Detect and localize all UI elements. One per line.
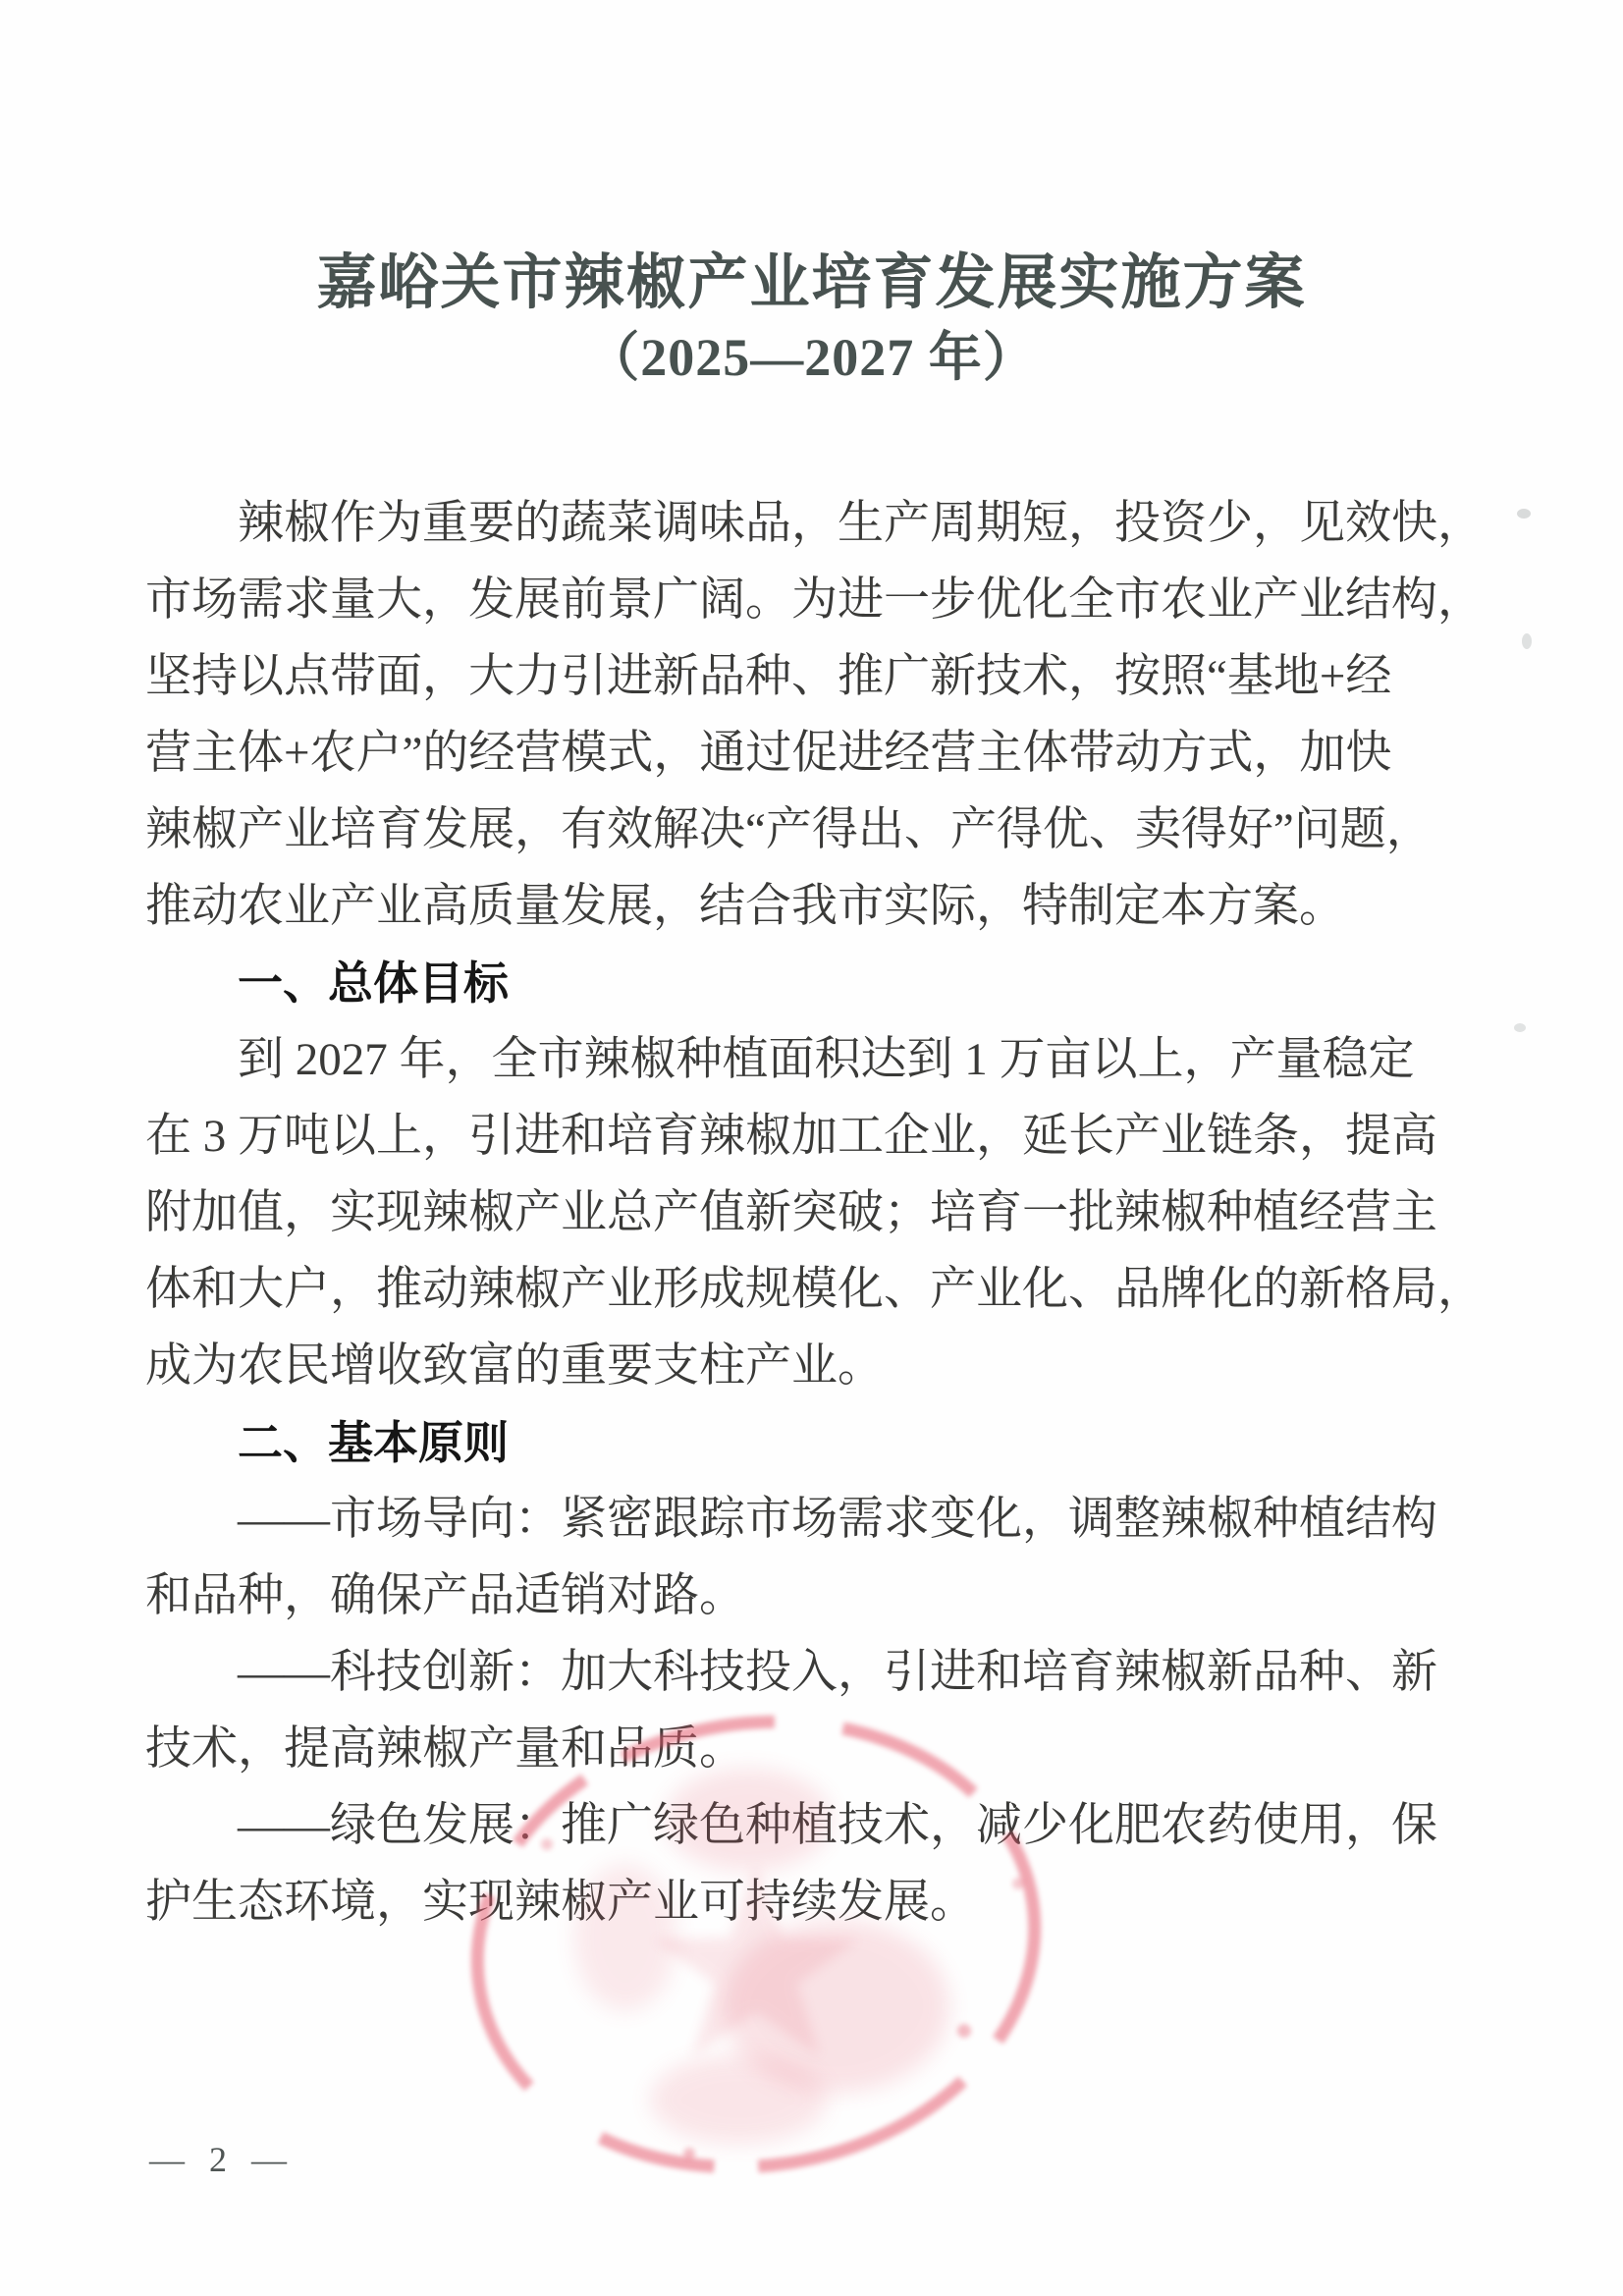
scan-artifact [1517, 509, 1531, 519]
paragraph-line: 护生态环境，实现辣椒产业可持续发展。 [145, 1864, 1490, 1941]
paragraph-line: 辣椒作为重要的蔬菜调味品，生产周期短，投资少，见效快， [145, 485, 1490, 562]
paragraph-line: 附加值，实现辣椒产业总产值新突破；培育一批辣椒种植经营主 [145, 1175, 1490, 1251]
paragraph-line: ——市场导向：紧密跟踪市场需求变化，调整辣椒种植结构 [145, 1481, 1490, 1558]
paragraph-line: 在 3 万吨以上，引进和培育辣椒加工企业，延长产业链条，提高 [145, 1098, 1490, 1175]
paragraph-line: 技术，提高辣椒产量和品质。 [145, 1711, 1490, 1787]
document-page: 嘉峪关市辣椒产业培育发展实施方案 （2025—2027 年） 辣椒作为重要的蔬菜… [0, 0, 1623, 2296]
scan-artifact [1514, 1023, 1526, 1032]
paragraph-line: ——绿色发展：推广绿色种植技术，减少化肥农药使用，保 [145, 1787, 1490, 1864]
title-line-2: （2025—2027 年） [0, 326, 1623, 389]
title-line-1: 嘉峪关市辣椒产业培育发展实施方案 [0, 247, 1623, 320]
paragraph-line: 到 2027 年，全市辣椒种植面积达到 1 万亩以上，产量稳定 [145, 1021, 1490, 1098]
document-title: 嘉峪关市辣椒产业培育发展实施方案 （2025—2027 年） [0, 247, 1623, 389]
section-heading-overall-goals: 一、总体目标 [145, 945, 1490, 1021]
scan-artifact [1522, 633, 1532, 649]
paragraph-line: 推动农业产业高质量发展，结合我市实际，特制定本方案。 [145, 868, 1490, 945]
paragraph-line: 市场需求量大，发展前景广阔。为进一步优化全市农业产业结构， [145, 562, 1490, 638]
paragraph-line: 坚持以点带面，大力引进新品种、推广新技术，按照“基地+经 [145, 638, 1490, 715]
paragraph-line: 和品种，确保产品适销对路。 [145, 1558, 1490, 1634]
paragraph-line: 成为农民增收致富的重要支柱产业。 [145, 1328, 1490, 1404]
page-number: — 2 — [149, 2139, 295, 2180]
document-body: 辣椒作为重要的蔬菜调味品，生产周期短，投资少，见效快， 市场需求量大，发展前景广… [145, 485, 1490, 1941]
paragraph-line: 辣椒产业培育发展，有效解决“产得出、产得优、卖得好”问题， [145, 792, 1490, 868]
section-heading-basic-principles: 二、基本原则 [145, 1404, 1490, 1481]
paragraph-line: 体和大户，推动辣椒产业形成规模化、产业化、品牌化的新格局， [145, 1251, 1490, 1328]
paragraph-line: ——科技创新：加大科技投入，引进和培育辣椒新品种、新 [145, 1634, 1490, 1711]
paragraph-line: 营主体+农户”的经营模式，通过促进经营主体带动方式，加快 [145, 715, 1490, 792]
